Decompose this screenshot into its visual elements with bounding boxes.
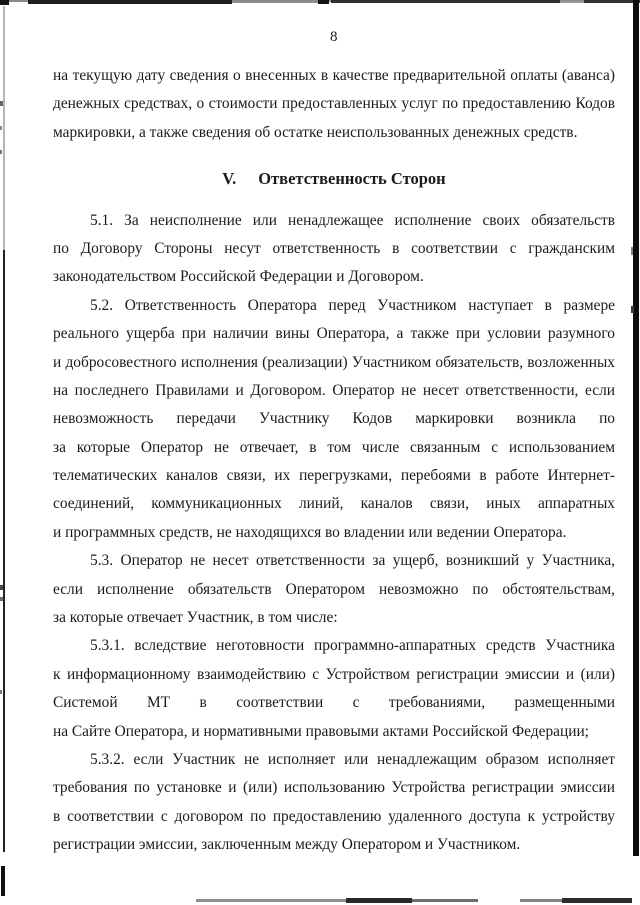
text-line: телематических каналов связи, их перегру…: [53, 462, 615, 490]
text-line: Системой МТ в соответствии с требованиям…: [53, 689, 615, 717]
text-line: за которые отвечает Участник, в том числ…: [53, 604, 615, 632]
scan-artifact-top-edge: [584, 0, 640, 3]
scan-artifact-left-edge: [0, 150, 2, 154]
text-line: маркировки, а также сведения об остатке …: [53, 119, 615, 147]
text-line: регистрации эмиссии, заключенным между О…: [53, 831, 615, 859]
text-line: за которые Оператор не отвечает, в том ч…: [53, 434, 615, 462]
text-line: законодательством Российской Федерации и…: [53, 263, 615, 291]
scan-artifact-bottom-edge: [562, 898, 632, 903]
scan-artifact-top-edge: [0, 0, 640, 2]
text-line: на текущую дату сведения о внесенных в к…: [53, 62, 615, 90]
text-line: 5.2. Ответственность Оператора перед Уча…: [53, 292, 615, 320]
document-body: на текущую дату сведения о внесенных в к…: [53, 62, 615, 860]
scan-artifact-left-edge: [0, 126, 2, 130]
section-title: Ответственность Сторон: [258, 169, 445, 188]
page-content: 8 на текущую дату сведения о внесенных в…: [53, 28, 615, 860]
scan-artifact-right-edge: [631, 306, 634, 313]
text-line: требования по установке и (или) использо…: [53, 774, 615, 802]
text-line: реального ущерба при наличии вины Операт…: [53, 320, 615, 348]
scan-artifact-bottom-edge: [412, 899, 478, 902]
document-page: 8 на текущую дату сведения о внесенных в…: [0, 0, 640, 905]
scan-artifact-top-edge: [232, 1, 318, 3]
scan-artifact-bottom-edge: [196, 899, 346, 902]
scan-artifact-top-edge: [331, 0, 560, 3]
text-line: соединений, коммуникационных линий, кана…: [53, 490, 615, 518]
scan-artifact-left-edge: [0, 690, 2, 694]
scan-artifact-right-edge: [633, 0, 639, 856]
scan-artifact-left-edge: [3, 250, 5, 852]
text-line: к информационному взаимодействию с Устро…: [53, 661, 615, 689]
text-line: денежных средствах, о стоимости предоста…: [53, 90, 615, 118]
text-line: невозможность передачи Участнику Кодов м…: [53, 405, 615, 433]
text-line: если исполнение обязательств Оператором …: [53, 576, 615, 604]
scan-artifact-top-edge: [318, 0, 329, 4]
section-heading: V.Ответственность Сторон: [53, 165, 615, 193]
scan-artifact-top-edge: [560, 1, 584, 3]
text-line: и добросовестного исполнения (реализации…: [53, 349, 615, 377]
scan-artifact-top-edge: [28, 0, 232, 4]
text-line: 5.1. За неисполнение или ненадлежащее ис…: [53, 207, 615, 235]
text-line: 5.3.2. если Участник не исполняет или не…: [53, 746, 615, 774]
text-line: на Сайте Оператора, и нормативными право…: [53, 718, 615, 746]
text-line: и программных средств, не находящихся во…: [53, 519, 615, 547]
page-number: 8: [53, 28, 615, 46]
scan-artifact-left-edge: [0, 597, 3, 601]
scan-artifact-left-edge: [0, 101, 3, 106]
text-line: 5.3. Оператор не несет ответственности з…: [53, 547, 615, 575]
scan-artifact-left-bottom-blob: [1, 866, 5, 896]
text-line: в соответствии с договором по предоставл…: [53, 803, 615, 831]
text-line: на последнего Правилами и Договором. Опе…: [53, 377, 615, 405]
section-number: V.: [222, 169, 236, 188]
scan-artifact-top-edge: [0, 0, 9, 5]
text-line: по Договору Стороны несут ответственност…: [53, 235, 615, 263]
scan-artifact-bottom-edge: [520, 899, 562, 902]
scan-artifact-left-edge: [3, 6, 5, 250]
scan-artifact-right-edge: [631, 247, 633, 255]
scan-artifact-bottom-edge: [346, 898, 412, 903]
scan-artifact-left-edge: [0, 585, 3, 590]
text-line: 5.3.1. вследствие неготовности программн…: [53, 632, 615, 660]
